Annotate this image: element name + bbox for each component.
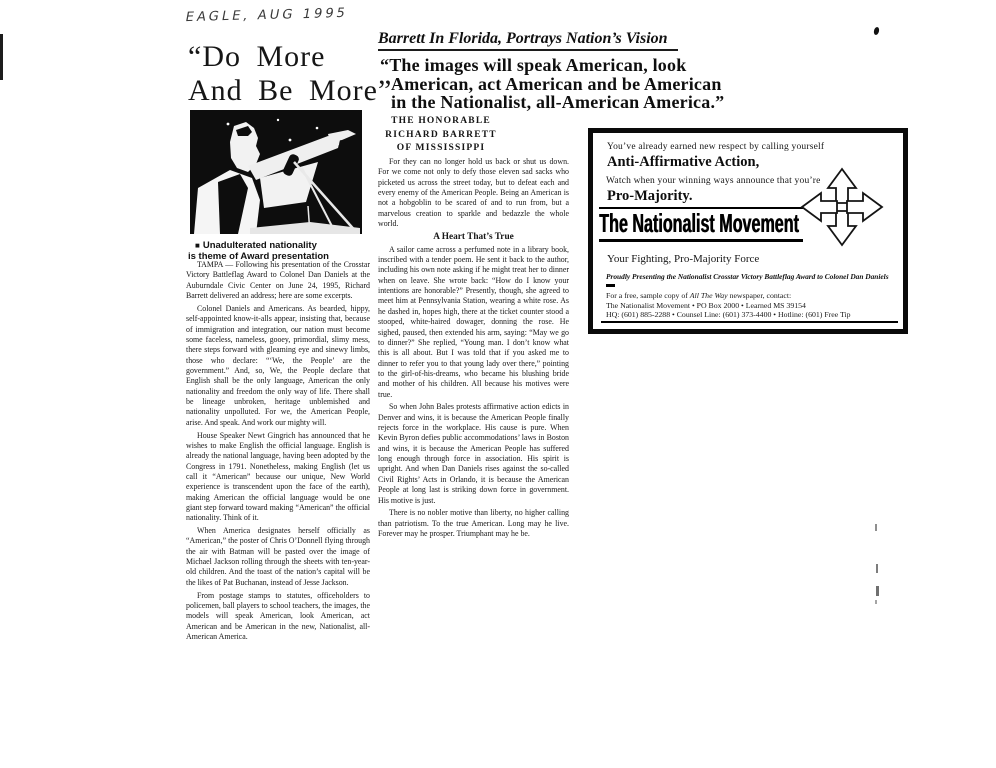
handwritten-date-note: EAGLE, AUG 1995 — [184, 6, 349, 25]
pen-mark-artifact — [606, 284, 615, 287]
byline-line-3: OF MISSISSIPPI — [385, 142, 497, 156]
section-heading: A Heart That’s True — [378, 232, 569, 242]
pull-quote: “The images will speak American, look Am… — [380, 56, 724, 112]
organization-masthead: The Nationalist Movement — [599, 210, 799, 237]
scan-artifact — [876, 564, 878, 573]
article-paragraph: A sailor came across a perfumed note in … — [378, 245, 569, 400]
ad-slogan-pro-majority: Pro-Majority. — [607, 188, 693, 205]
page-title: “Do More And Be More” — [188, 40, 392, 108]
scan-artifact — [875, 600, 877, 604]
advertisement-box: You’ve already earned new respect by cal… — [588, 128, 908, 334]
article-paragraph: TAMPA — Following his presentation of th… — [186, 260, 370, 301]
pull-quote-line-2: American, act American and be American — [380, 75, 724, 94]
headline-line-2: And Be More” — [188, 74, 392, 108]
speaker-photo-image — [190, 110, 362, 234]
ink-blob-artifact — [873, 26, 880, 35]
article-column-2: For they can no longer hold us back or s… — [378, 157, 569, 542]
ad-contact-line-3: HQ: (601) 885-2288 • Counsel Line: (601)… — [606, 310, 851, 319]
kicker-headline: Barrett In Florida, Portrays Nation’s Vi… — [378, 30, 678, 51]
headline-line-1: “Do More — [188, 40, 392, 74]
photo-caption: ■Unadulterated nationality is theme of A… — [188, 240, 370, 262]
contact-prefix: For a free, sample copy of — [606, 291, 690, 300]
article-column-1: TAMPA — Following his presentation of th… — [186, 260, 370, 645]
scan-artifact — [876, 586, 879, 596]
ad-presenting-line: Proudly Presenting the Nationalist Cross… — [606, 272, 889, 281]
speaker-byline: THE HONORABLE RICHARD BARRETT OF MISSISS… — [385, 115, 497, 156]
photo-caption-text-1: Unadulterated nationality — [203, 240, 317, 251]
photo-caption-line-1: ■Unadulterated nationality — [195, 240, 370, 251]
scanned-newspaper-page: { "annotation": { "text": "EAGLE, AUG 19… — [0, 0, 996, 768]
article-paragraph: There is no nobler motive than liberty, … — [378, 508, 569, 539]
article-paragraph: From postage stamps to statutes, officeh… — [186, 591, 370, 643]
masthead-block: The Nationalist Movement — [599, 207, 803, 242]
speaker-photo — [190, 110, 362, 234]
article-paragraph: House Speaker Newt Gingrich has announce… — [186, 431, 370, 524]
article-paragraph: When America designates herself official… — [186, 526, 370, 588]
square-bullet-icon: ■ — [195, 241, 200, 250]
crosstar-logo-icon — [799, 165, 885, 254]
ad-contact-line-1: For a free, sample copy of All The Way n… — [606, 291, 791, 300]
newspaper-name: All The Way — [690, 291, 728, 300]
article-paragraph: So when John Bales protests affirmative … — [378, 402, 569, 505]
ad-contact-line-2: The Nationalist Movement • PO Box 2000 •… — [606, 301, 806, 310]
byline-line-1: THE HONORABLE — [385, 115, 497, 129]
ad-intro-line-1: You’ve already earned new respect by cal… — [607, 142, 824, 152]
pull-quote-line-1: “The images will speak American, look — [380, 56, 724, 75]
ad-intro-line-2: Watch when your winning ways announce th… — [606, 176, 821, 186]
contact-suffix: newspaper, contact: — [728, 291, 792, 300]
pull-quote-line-3: in the Nationalist, all-American America… — [380, 93, 724, 112]
scan-artifact — [875, 524, 877, 531]
ad-slogan-anti-affirmative-action: Anti-Affirmative Action, — [607, 154, 759, 171]
ad-bottom-rule — [601, 321, 898, 323]
scan-edge-artifact — [0, 34, 3, 80]
byline-line-2: RICHARD BARRETT — [385, 129, 497, 143]
article-paragraph: Colonel Daniels and Americans. As bearde… — [186, 304, 370, 428]
ad-tagline: Your Fighting, Pro-Majority Force — [607, 253, 759, 265]
article-paragraph: For they can no longer hold us back or s… — [378, 157, 569, 229]
